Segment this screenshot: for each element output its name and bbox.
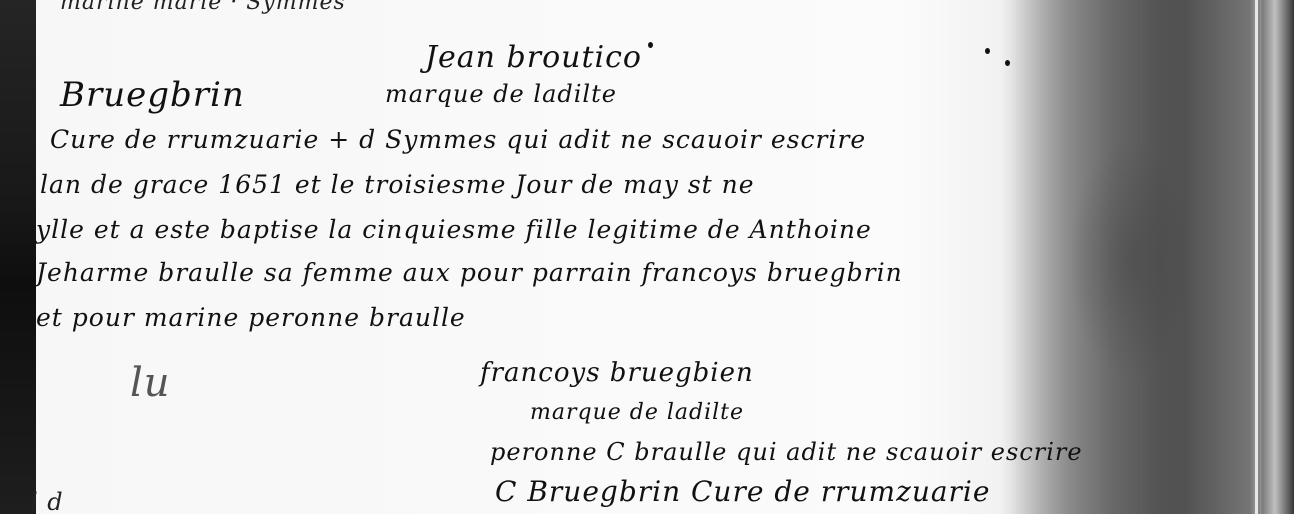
page-edge <box>1255 0 1258 514</box>
body-line-5: et pour marine peronne braulle <box>36 303 466 332</box>
godfather-signature: Jean broutico <box>425 40 642 75</box>
signature-line-4: C Bruegbrin Cure de rrumzuarie <box>495 475 990 508</box>
body-line-4: Jeharme braulle sa femme aux pour parrai… <box>36 258 903 287</box>
scanned-page: marine marie · Symmes Jean broutico Brue… <box>0 0 1294 514</box>
signature-line-2: marque de ladilte <box>530 400 744 425</box>
body-line-1: Cure de rrumzuarie + d Symmes qui adit n… <box>50 125 866 154</box>
bottom-fragment: l d <box>30 488 64 514</box>
margin-note: lu <box>130 360 171 406</box>
body-line-3: ylle et a este baptise la cinquiesme fil… <box>36 215 872 244</box>
signature-line-1: francoys bruegbien <box>480 358 754 388</box>
left-binding-edge <box>0 0 36 514</box>
ink-dot <box>1005 60 1010 66</box>
signature-line-3: peronne C braulle qui adit ne scauoir es… <box>490 438 1083 466</box>
margin-name: Bruegbrin <box>60 75 245 115</box>
body-line-2: lan de grace 1651 et le troisiesme Jour … <box>40 170 755 199</box>
godfather-mark: marque de ladilte <box>385 80 617 108</box>
ink-dot <box>985 48 990 54</box>
top-fragment-line: marine marie · Symmes <box>60 0 346 15</box>
ink-dot <box>648 42 653 48</box>
right-gutter-shadow <box>1010 0 1260 514</box>
